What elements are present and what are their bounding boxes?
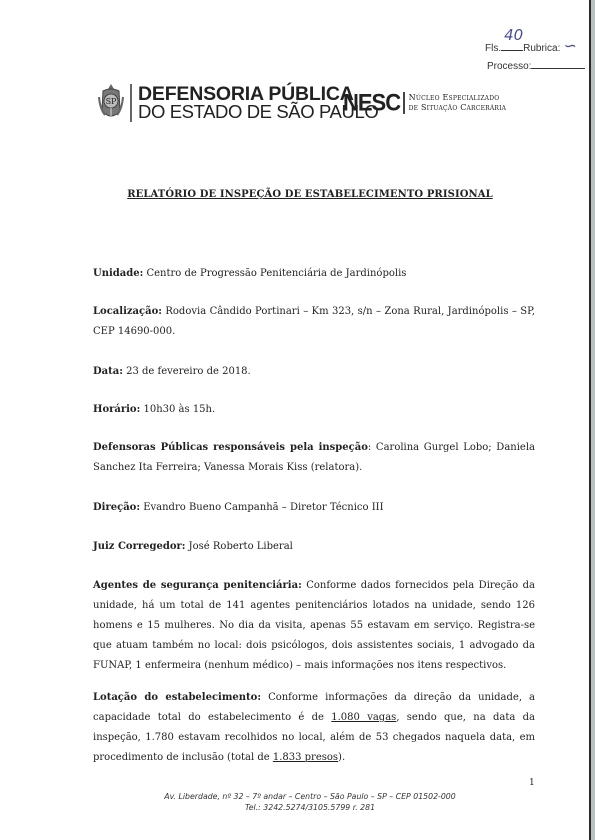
nesc-line2: de Situação Carcerária xyxy=(409,103,507,114)
protocol-stamp: Fls.40Rubrica:∽ Processo: xyxy=(485,30,595,80)
field-localizacao: Localização: Rodovia Cândido Portinari –… xyxy=(93,302,535,342)
footer-phone: Tel.: 3242.5274/3105.5799 r. 281 xyxy=(0,802,595,813)
rubrica-label: Rubrica: xyxy=(523,43,560,54)
processo-label: Processo: xyxy=(487,61,531,72)
field-agentes: Agentes de segurança penitenciária: Conf… xyxy=(93,576,535,676)
field-value: 23 de fevereiro de 2018. xyxy=(123,366,251,377)
field-data: Data: 23 de fevereiro de 2018. xyxy=(93,362,535,382)
footer-address: Av. Liberdade, nº 32 – 7º andar – Centro… xyxy=(0,791,595,802)
field-horario: Horário: 10h30 às 15h. xyxy=(93,400,535,420)
field-direcao: Direção: Evandro Bueno Campanhã – Direto… xyxy=(93,498,535,518)
field-label: Horário: xyxy=(93,404,140,415)
sp-coat-of-arms-icon: SP xyxy=(97,83,125,123)
field-label: Juiz Corregedor: xyxy=(93,541,185,552)
field-value: 10h30 às 15h. xyxy=(140,404,215,415)
field-defensoras: Defensoras Públicas responsáveis pela in… xyxy=(93,438,535,478)
field-label: Direção: xyxy=(93,502,140,513)
field-value: Centro de Progressão Penitenciária de Ja… xyxy=(143,268,406,279)
svg-text:SP: SP xyxy=(106,97,117,106)
fls-handwritten-value: 40 xyxy=(504,26,523,44)
processo-field xyxy=(531,58,585,69)
total-inmates-value: 1.833 presos xyxy=(273,752,338,763)
field-label: Unidade: xyxy=(93,268,143,279)
field-label: Lotação do estabelecimento: xyxy=(93,692,261,703)
nesc-logo: NESC Núcleo Especializado de Situação Ca… xyxy=(343,90,506,116)
field-label: Localização: xyxy=(93,306,162,317)
field-label: Data: xyxy=(93,366,123,377)
field-value: Evandro Bueno Campanhã – Diretor Técnico… xyxy=(140,502,384,513)
nesc-wordmark: Núcleo Especializado de Situação Carcerá… xyxy=(409,93,507,114)
field-label: Agentes de segurança penitenciária: xyxy=(93,580,302,591)
defensoria-logo: SP DEFENSORIA PÚBLICA DO ESTADO DE SÃO P… xyxy=(97,83,378,123)
capacity-value: 1.080 vagas xyxy=(331,712,396,723)
field-lotacao: Lotação do estabelecimento: Conforme inf… xyxy=(93,688,535,768)
field-label: Defensoras Públicas responsáveis pela in… xyxy=(93,442,368,453)
fls-field: 40 xyxy=(501,40,523,51)
field-juiz-corregedor: Juiz Corregedor: José Roberto Liberal xyxy=(93,537,535,557)
scan-background-strip xyxy=(591,0,595,840)
nesc-mark: NESC xyxy=(343,89,400,118)
field-unidade: Unidade: Centro de Progressão Penitenciá… xyxy=(93,264,535,284)
field-value-part3: ). xyxy=(338,752,345,763)
nesc-divider xyxy=(403,92,405,114)
logo-divider xyxy=(130,84,132,122)
field-value: José Roberto Liberal xyxy=(185,541,292,552)
document-title: RELATÓRIO DE INSPEÇÃO DE ESTABELECIMENTO… xyxy=(0,189,595,200)
processo-row: Processo: xyxy=(487,58,585,72)
field-value: Conforme dados fornecidos pela Direção d… xyxy=(93,580,535,671)
page-footer: Av. Liberdade, nº 32 – 7º andar – Centro… xyxy=(0,791,595,813)
page-number: 1 xyxy=(529,778,535,788)
fls-label: Fls. xyxy=(485,43,501,54)
fls-row: Fls.40Rubrica:∽ xyxy=(485,36,576,56)
nesc-line1: Núcleo Especializado xyxy=(409,93,507,104)
rubrica-signature-icon: ∽ xyxy=(562,36,575,56)
